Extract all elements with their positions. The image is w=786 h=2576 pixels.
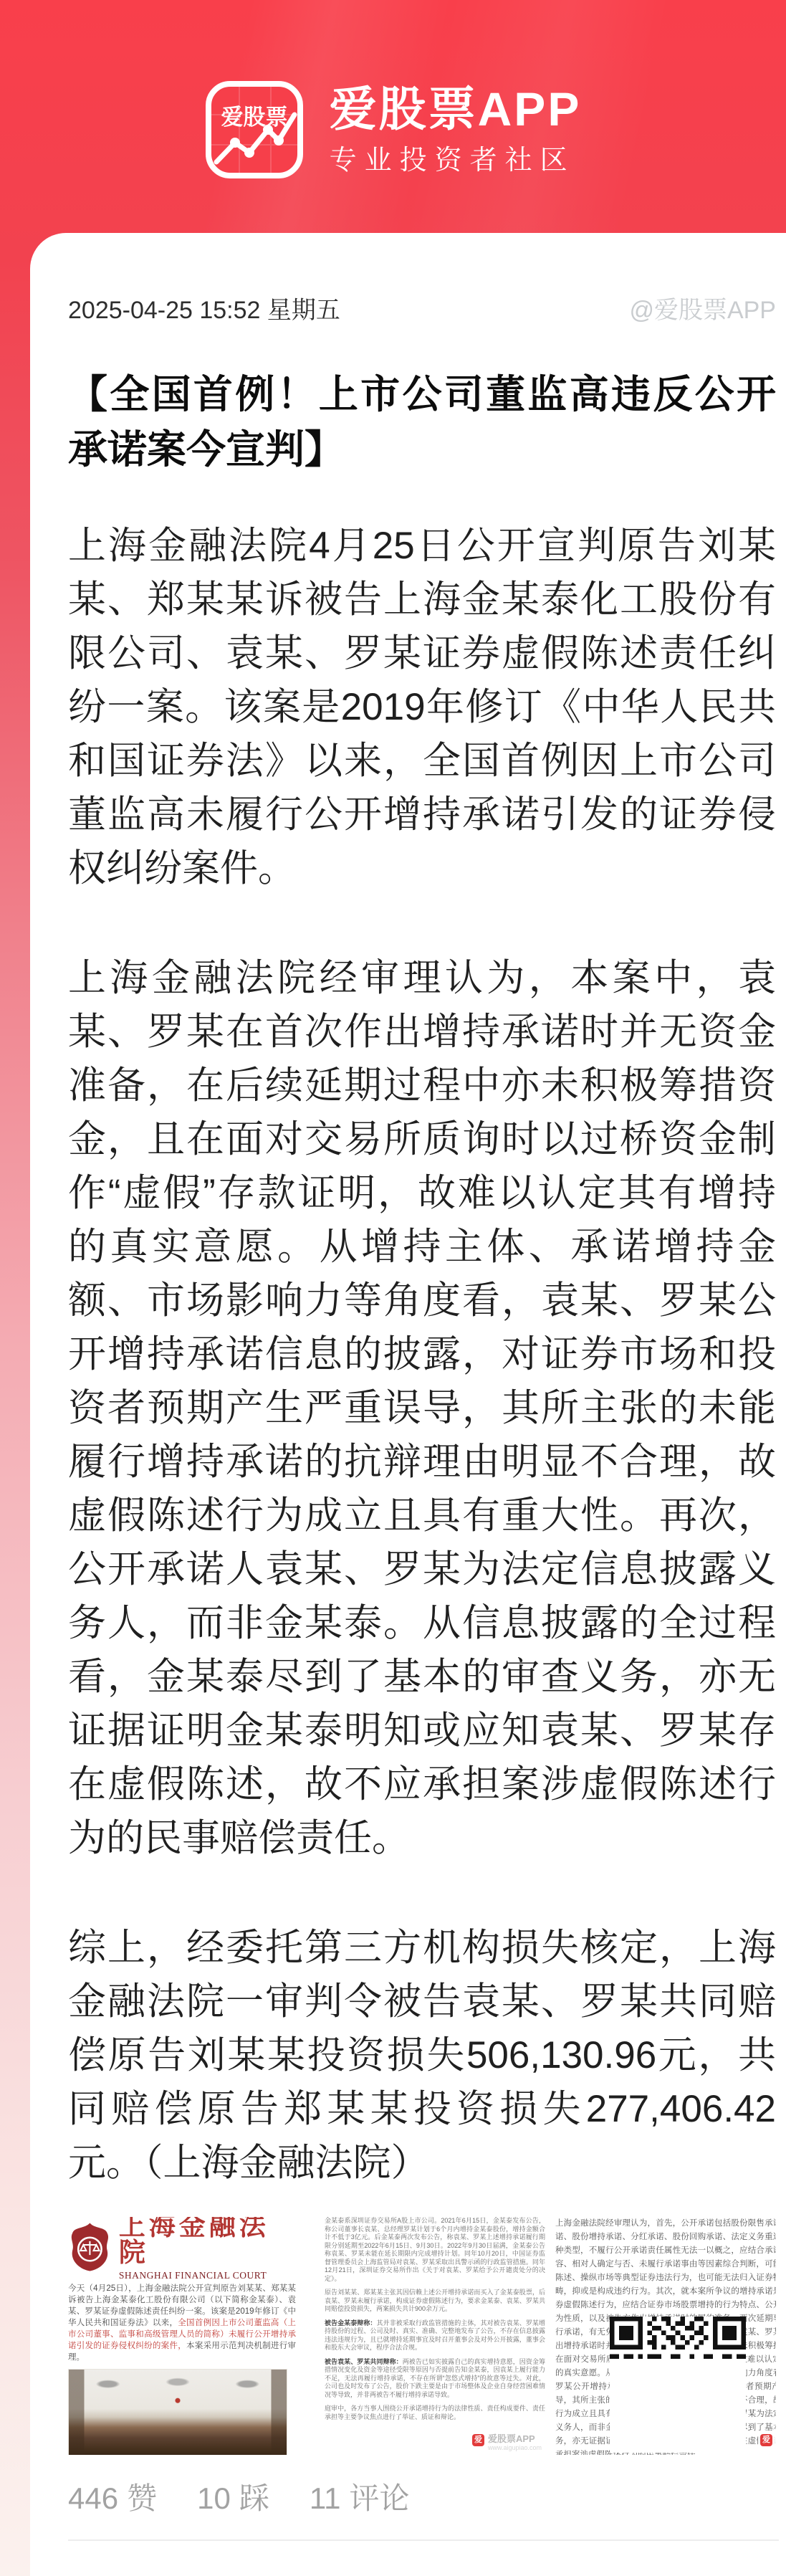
post-date: 2025-04-25 15:52 星期五 [68,290,340,325]
court-intro-text: 今天（4月25日），上海金融法院公开宣判原告刘某某、郑某某诉被告上海金某泰化工股… [68,2283,296,2363]
post-paragraph: 综上，经委托第三方机构损失核定，上海金融法院一审判令被告袁某、罗某共同赔偿原告刘… [68,1921,776,2190]
like-count[interactable]: 446赞 [68,2475,157,2518]
app-title-block: 爱股票APP 专业投资者社区 [330,85,582,174]
comment-count[interactable]: 11评论 [310,2475,410,2518]
dislike-count[interactable]: 10踩 [197,2475,269,2518]
watermark: 爱 爱股票APP www.aigupiao.com [758,2433,776,2453]
court-emblem-icon [68,2221,112,2273]
app-subtitle: 专业投资者社区 [330,147,582,174]
case-text-block: 庭审中，各方当事人围绕公开承诺增持行为的法律性质、责任构成要件、责任承担等主要争… [325,2405,545,2421]
case-text-block: 金某泰系深圳证券交易所A股上市公司。2021年6月15日，金某泰发布公告，称公司… [325,2217,545,2283]
engagement-stats: 446赞 10踩 11评论 [68,2475,776,2518]
app-header: 爱股票 爱股票APP 专业投资者社区 [0,80,786,179]
court-letterhead: 上海金融法院 SHANGHAI FINANCIAL COURT [68,2217,296,2277]
attachment-page-case-summary[interactable]: 金某泰系深圳证券交易所A股上市公司。2021年6月15日，金某泰发布公告，称公司… [325,2217,545,2455]
post-card: 2025-04-25 15:52 星期五 @爱股票APP 【全国首例！上市公司董… [30,233,786,2576]
watermark-name: 爱股票APP [488,2434,542,2444]
post-author-handle[interactable]: @爱股票APP [629,290,776,325]
post-meta-row: 2025-04-25 15:52 星期五 @爱股票APP [68,290,776,325]
attachment-page-letterhead[interactable]: 上海金融法院 SHANGHAI FINANCIAL COURT 今天（4月25日… [68,2217,296,2455]
post-paragraph: 上海金融法院4月25日公开宣判原告刘某某、郑某某诉被告上海金某泰化工股份有限公司… [68,519,776,895]
post-headline: 【全国首例！上市公司董监高违反公开承诺案今宣判】 [68,367,776,477]
case-text-block: 被告袁某、罗某共同辩称：两被告已如实披露自己的真实增持意愿，因资金筹措情况变化及… [325,2358,545,2400]
watermark-url: www.aigupiao.com [488,2444,542,2452]
aigupiao-logo-icon: 爱 [760,2434,772,2446]
footer-divider [68,2539,779,2541]
courtroom-photo [68,2369,287,2455]
app-icon-label: 爱股票 [221,105,287,130]
case-text-block: 被告金某泰辩称：其并非被采取行政监管措施的主体，其对被告袁某、罗某增持股份的过程… [325,2319,545,2352]
aigupiao-logo-icon: 爱 [472,2434,484,2446]
case-text-block: 原告刘某某、郑某某主张其因信赖上述公开增持承诺而买入了金某泰股票，后袁某、罗某未… [325,2289,545,2314]
qr-code [610,2317,746,2453]
app-logo-icon: 爱股票 [205,80,304,179]
court-name-en: SHANGHAI FINANCIAL COURT [119,2270,296,2281]
court-name-cn: 上海金融法院 [119,2217,296,2266]
post-paragraph: 上海金融法院经审理认为，本案中，袁某、罗某在首次作出增持承诺时并无资金准备，在后… [68,951,776,1865]
court-name-block: 上海金融法院 SHANGHAI FINANCIAL COURT [119,2217,296,2281]
app-title: 爱股票APP [330,85,582,133]
watermark: 爱 爱股票APP www.aigupiao.com [470,2433,544,2453]
